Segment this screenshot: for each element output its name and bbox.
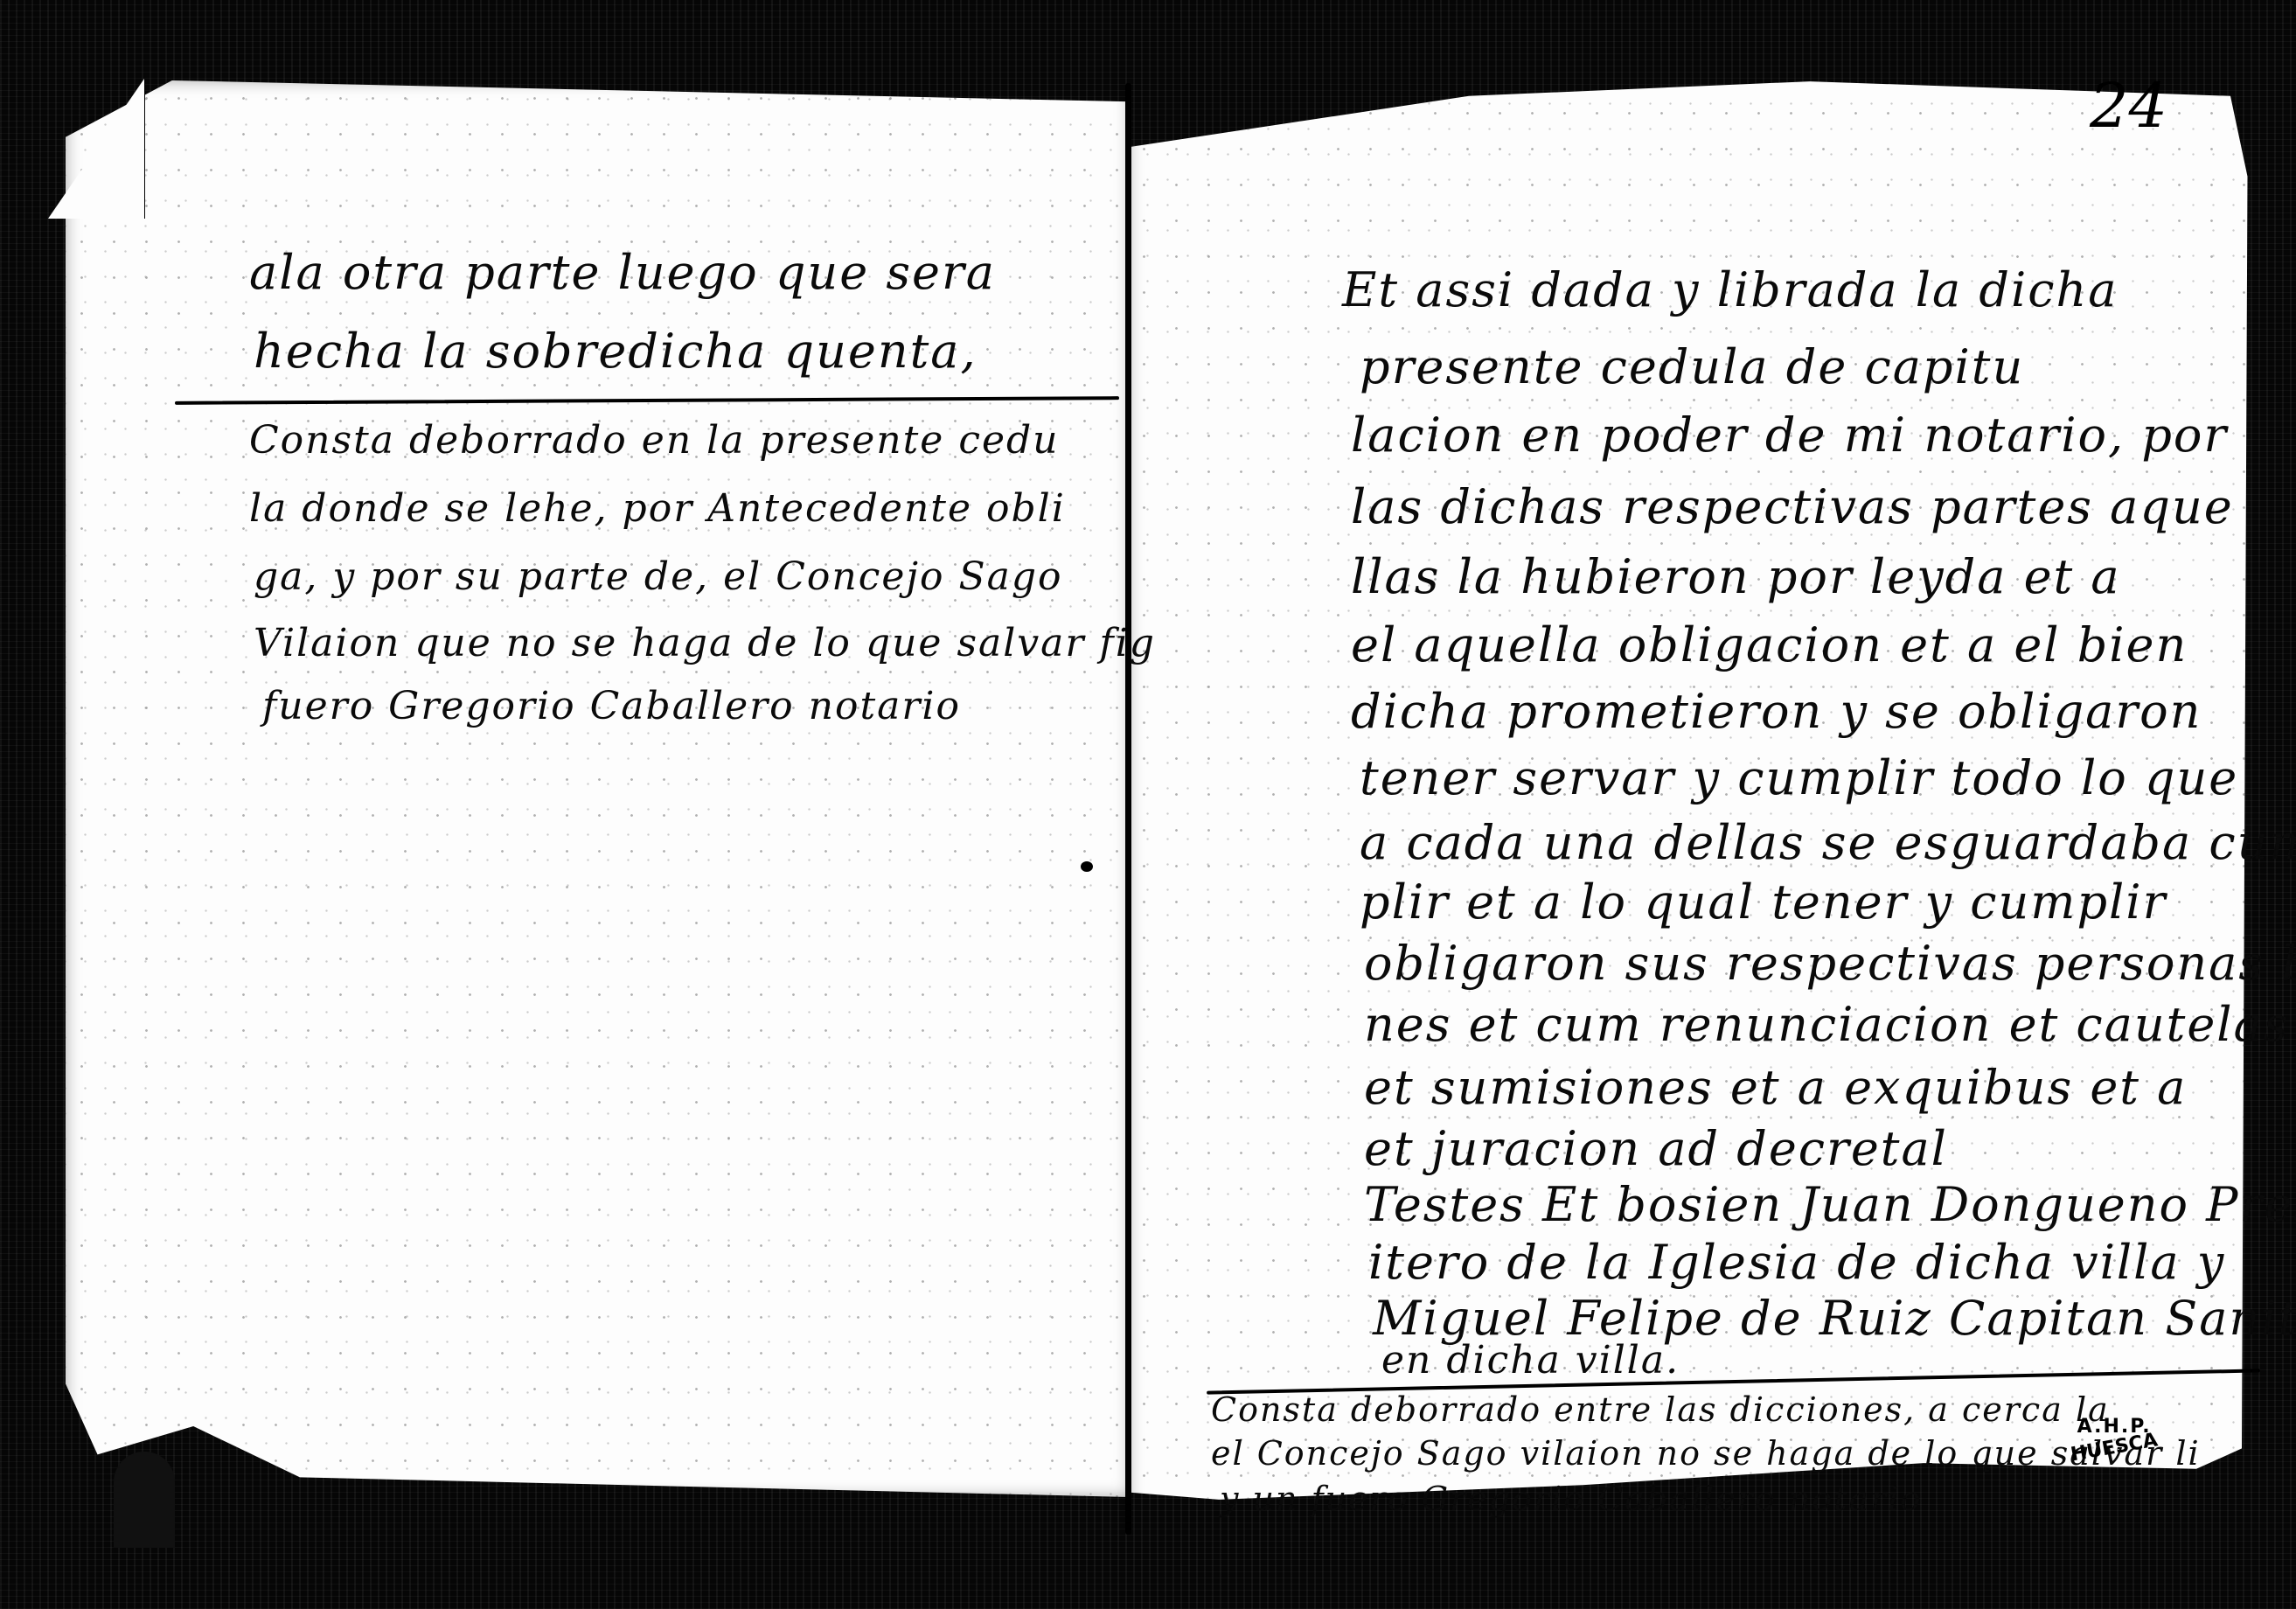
right-body-line-7: dicha prometieron y se obligaron [1351, 684, 2202, 739]
binding-tab [114, 1452, 175, 1548]
right-body-line-6: el aquella obligacion et a el bien [1351, 617, 2188, 672]
left-heading-line-1: ala otra parte luego que sera [249, 245, 996, 300]
folded-corner [48, 79, 144, 219]
left-heading-line-2: hecha la sobredicha quenta, [254, 324, 978, 379]
right-footer-signature-line: y un fuero Gregorio Caballero notario [1220, 1480, 1922, 1518]
book-spine-line [1125, 83, 1131, 1535]
right-footer-line-1: Consta deborrado entre las dicciones, a … [1211, 1390, 2110, 1429]
right-body-line-2: presente cedula de capitu [1360, 339, 2024, 394]
right-body-line-10: plir et a lo qual tener y cumplir [1360, 874, 2167, 930]
right-body-line-15: Testes Et bosien Juan Dongueno Presb [1364, 1177, 2296, 1232]
right-footer-line-2: el Concejo Sago vilaion no se haga de lo… [1211, 1434, 2201, 1473]
right-body-line-18: en dicha villa. [1381, 1338, 1680, 1383]
right-body-line-3: lacion en poder de mi notario, por [1351, 407, 2228, 463]
folio-number: 24 [2090, 70, 2167, 142]
right-body-line-5: llas la hubieron por leyda et a [1351, 549, 2121, 604]
left-note-line-2: la donde se lehe, por Antecedente obli [249, 486, 1066, 531]
right-body-line-8: tener servar y cumplir todo lo que [1360, 750, 2238, 805]
ink-blot [1081, 861, 1093, 872]
left-note-signature-line: fuero Gregorio Caballero notario [262, 684, 961, 728]
right-body-line-9: a cada una dellas se esguardaba cum [1360, 815, 2296, 870]
right-body-line-11: obligaron sus respectivas personas bie [1364, 936, 2296, 991]
right-body-line-12: nes et cum renunciacion et cautelas [1364, 997, 2289, 1052]
archive-stamp: A.H.P. HUESCA [2070, 1417, 2158, 1459]
right-body-line-13: et sumisiones et a exquibus et a [1364, 1060, 2187, 1115]
left-note-line-1: Consta deborrado en la presente cedu [249, 418, 1060, 463]
left-note-line-3: ga, y por su parte de, el Concejo Sago [254, 554, 1063, 599]
right-body-line-16: itero de la Iglesia de dicha villa y [1368, 1235, 2225, 1290]
left-note-line-4: Vilaion que no se haga de lo que salvar … [254, 621, 1156, 665]
right-body-line-1: Et assi dada y librada la dicha [1342, 262, 2118, 317]
right-body-line-14: et juracion ad decretal [1364, 1121, 1948, 1176]
right-body-line-4: las dichas respectivas partes aque [1351, 479, 2234, 534]
